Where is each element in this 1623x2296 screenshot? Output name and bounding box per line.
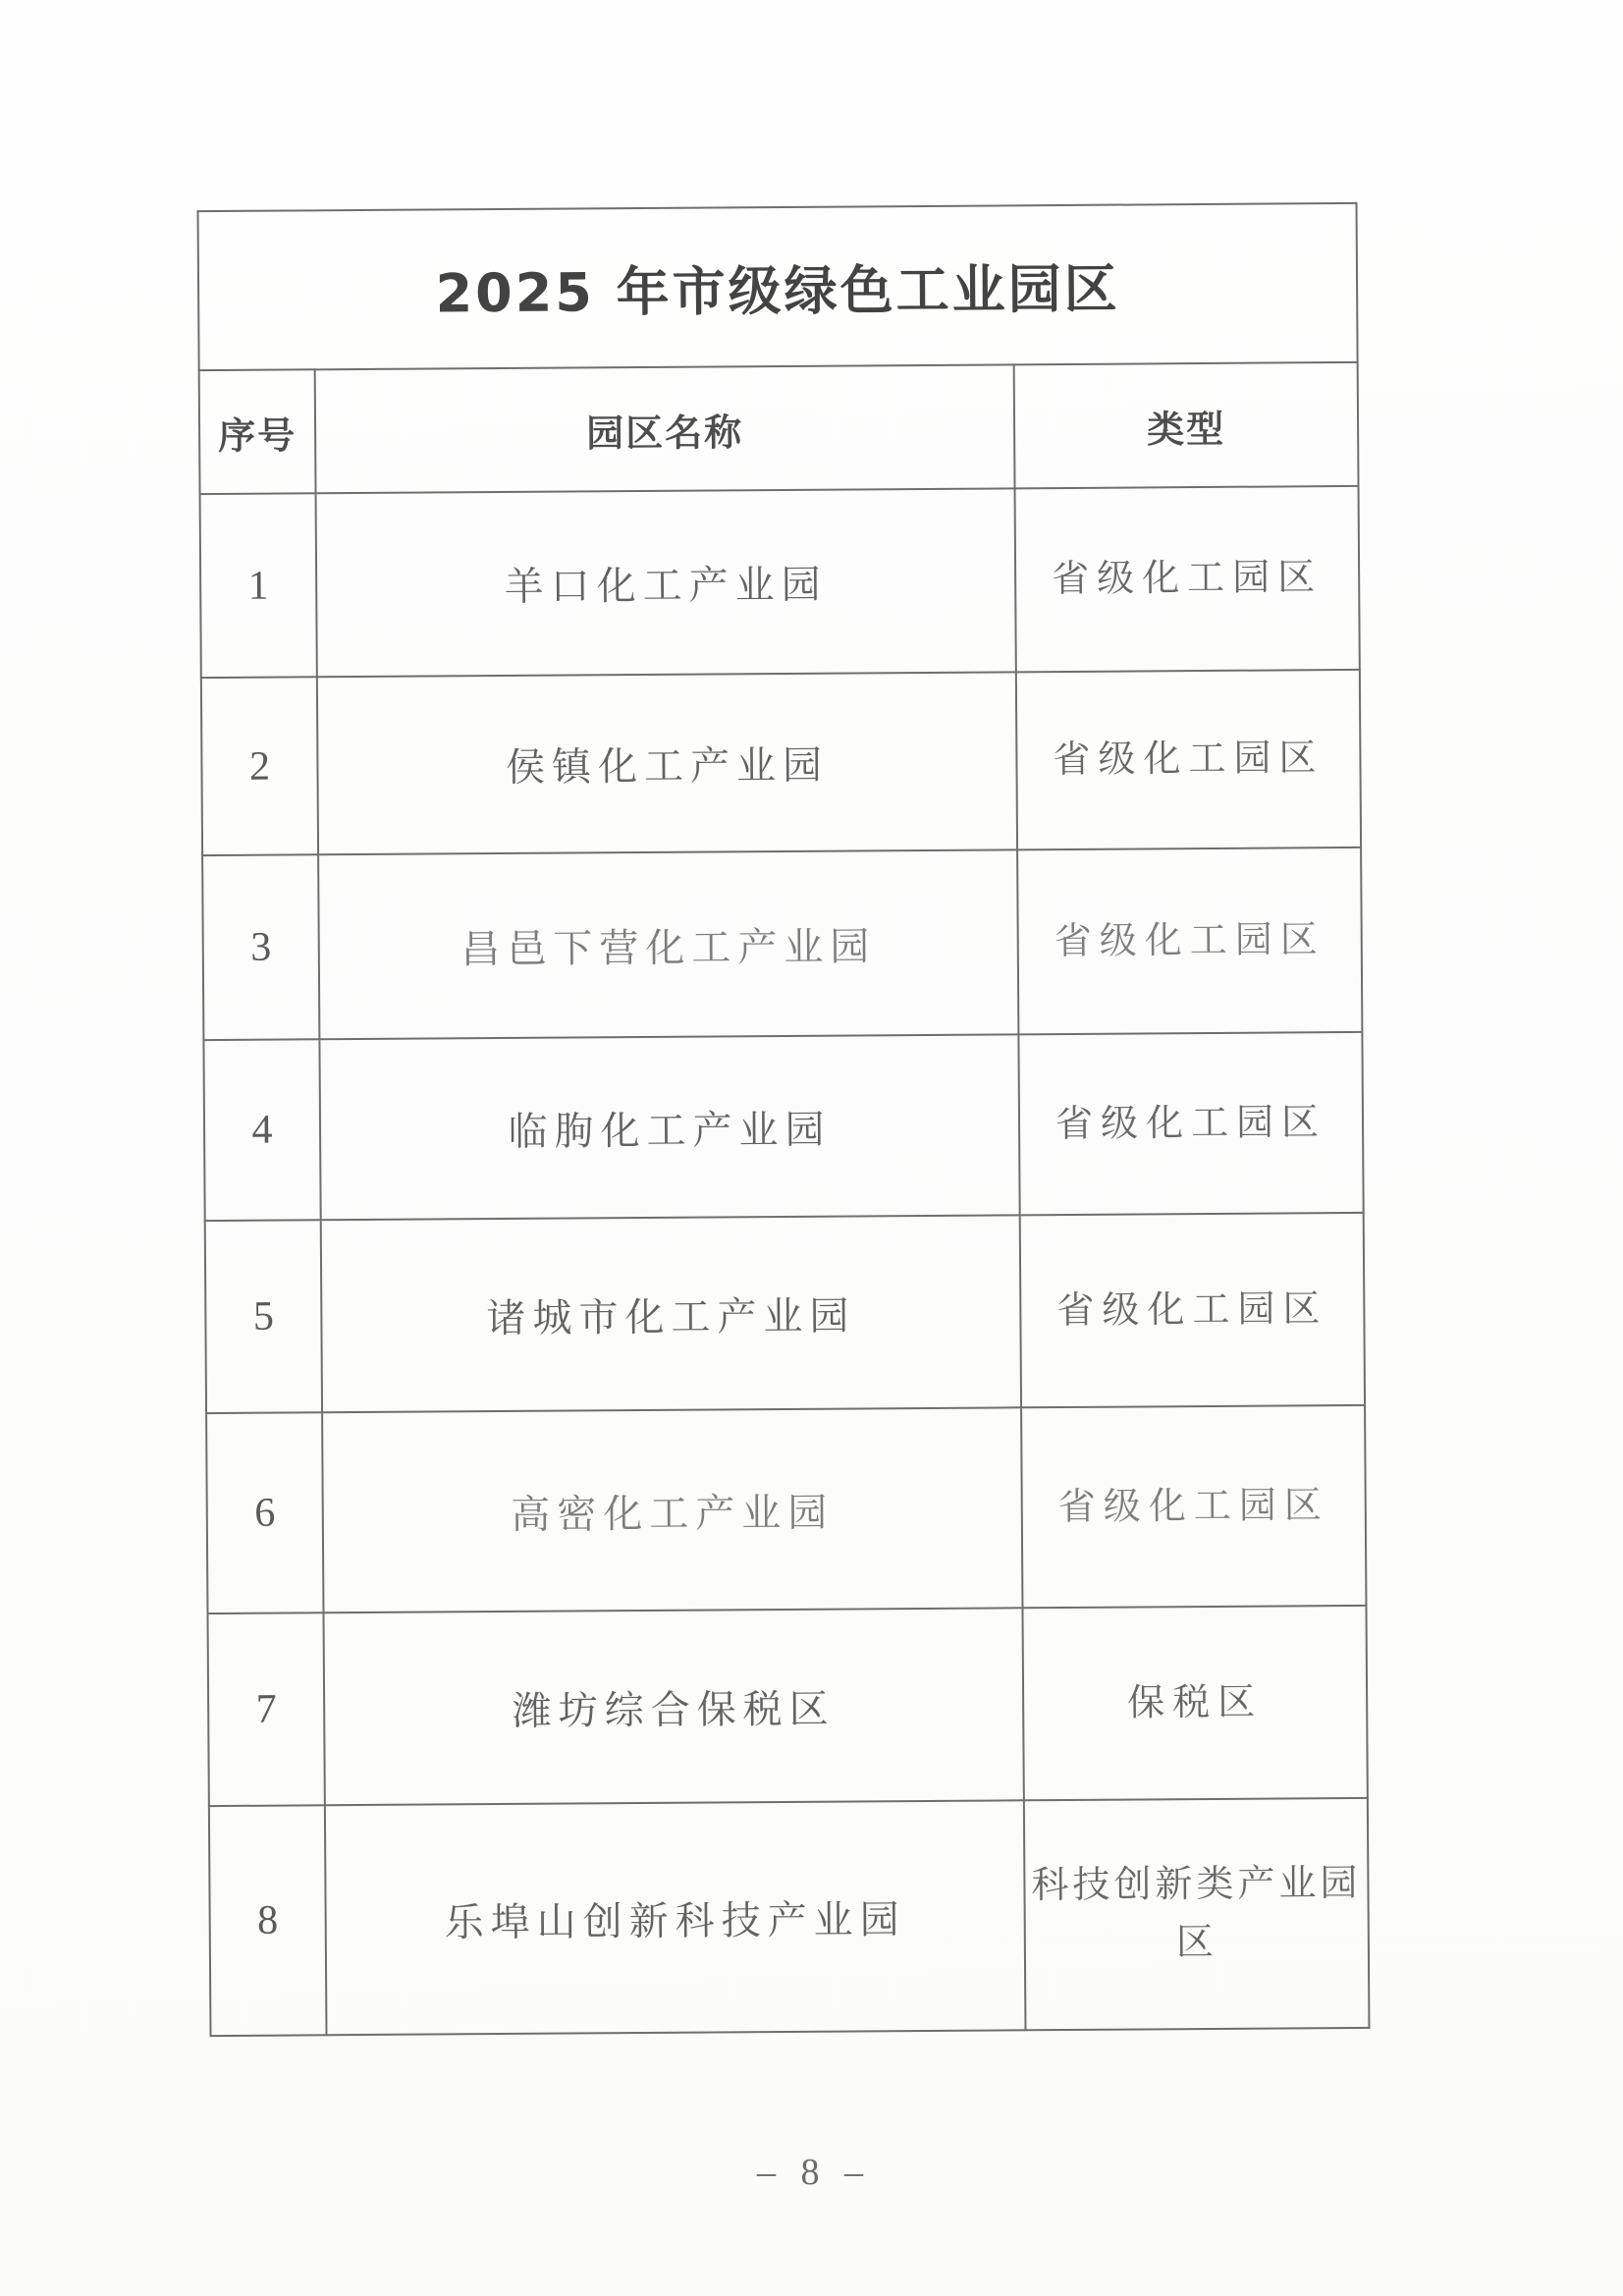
table-row: 7 潍坊综合保税区 保税区 xyxy=(207,1606,1367,1806)
table-title-row: 2025 年市级绿色工业园区 xyxy=(198,203,1358,370)
cell-type: 保税区 xyxy=(1022,1606,1367,1800)
cell-no: 4 xyxy=(203,1039,320,1221)
table-row: 6 高密化工产业园 省级化工园区 xyxy=(206,1405,1366,1613)
table-row: 8 乐埠山创新科技产业园 科技创新类产业园区 xyxy=(209,1798,1370,2036)
page-number: – 8 – xyxy=(0,2151,1623,2194)
cell-name: 诸城市化工产业园 xyxy=(321,1215,1021,1412)
cell-type: 省级化工园区 xyxy=(1015,486,1360,672)
cell-name: 潍坊综合保税区 xyxy=(323,1608,1023,1805)
cell-type: 省级化工园区 xyxy=(1021,1405,1366,1608)
page-title: 2025 年市级绿色工业园区 xyxy=(198,203,1358,370)
cell-no: 7 xyxy=(207,1613,324,1806)
cell-no: 6 xyxy=(206,1412,323,1613)
column-header-type: 类型 xyxy=(1014,362,1359,488)
table-row: 4 临朐化工产业园 省级化工园区 xyxy=(203,1032,1363,1221)
cell-no: 1 xyxy=(200,493,317,678)
green-industrial-parks-table: 2025 年市级绿色工业园区 序号 园区名称 类型 1 羊口化工产业园 省级化工… xyxy=(197,202,1371,2037)
cell-name: 昌邑下营化工产业园 xyxy=(318,849,1018,1039)
cell-name: 侯镇化工产业园 xyxy=(317,672,1017,854)
cell-no: 8 xyxy=(209,1805,327,2036)
cell-type: 省级化工园区 xyxy=(1018,1032,1363,1215)
table-header-row: 序号 园区名称 类型 xyxy=(199,362,1359,494)
cell-name: 羊口化工产业园 xyxy=(316,488,1016,677)
column-header-no: 序号 xyxy=(199,369,316,494)
table-row: 2 侯镇化工产业园 省级化工园区 xyxy=(201,670,1361,855)
cell-no: 3 xyxy=(202,854,319,1040)
table-row: 3 昌邑下营化工产业园 省级化工园区 xyxy=(202,847,1362,1040)
cell-type: 省级化工园区 xyxy=(1017,847,1362,1034)
cell-no: 5 xyxy=(205,1220,322,1413)
column-header-name: 园区名称 xyxy=(315,364,1015,493)
cell-name: 乐埠山创新科技产业园 xyxy=(325,1800,1026,2035)
cell-no: 2 xyxy=(201,677,318,855)
cell-name: 临朐化工产业园 xyxy=(319,1034,1019,1220)
cell-name: 高密化工产业园 xyxy=(322,1407,1022,1613)
table-row: 5 诸城市化工产业园 省级化工园区 xyxy=(205,1213,1365,1413)
cell-type: 省级化工园区 xyxy=(1016,670,1361,849)
table-row: 1 羊口化工产业园 省级化工园区 xyxy=(200,486,1360,678)
cell-type: 省级化工园区 xyxy=(1020,1213,1365,1407)
cell-type: 科技创新类产业园区 xyxy=(1024,1798,1370,2030)
